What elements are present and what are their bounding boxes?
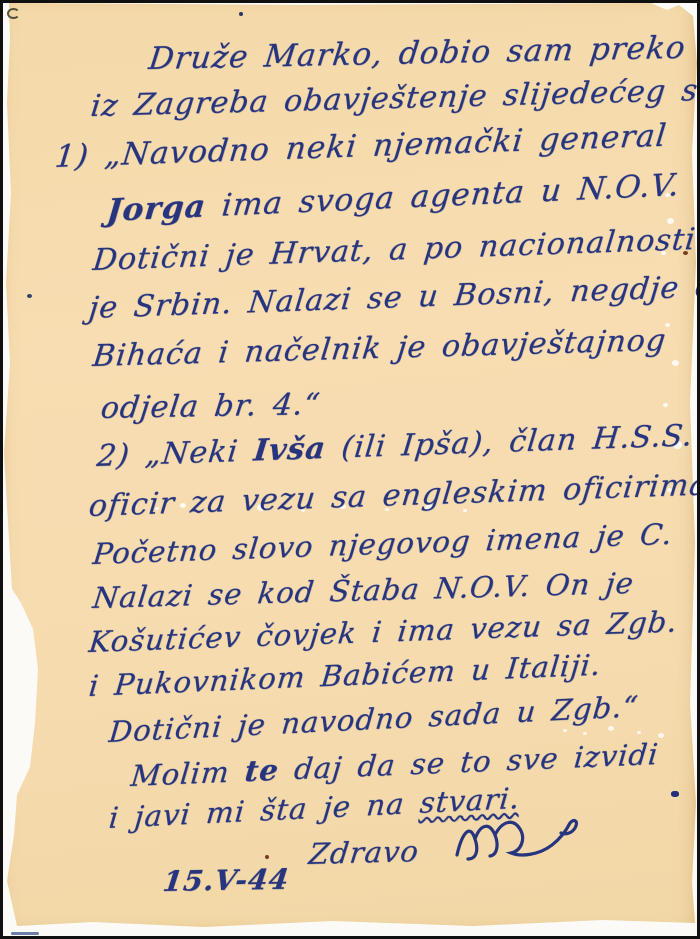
letter-date: 15.V-44 [161,863,291,898]
ink-speck [27,294,32,298]
letter-line-8: odjela br. 4.“ [99,387,322,426]
paper-blemish [7,8,20,19]
line-text: odjela br. 4.“ [99,387,322,426]
line-text: 2) „Neki [95,434,256,474]
scan-artifact [11,932,39,935]
scan-speckles [563,729,567,732]
ink-speck [671,791,679,797]
ink-speck [239,12,243,16]
line-text: Molim [129,754,246,793]
line-text-bold: Jorga [105,189,207,229]
line-text-bold: Ivša [252,431,328,468]
signature-scribble [453,813,585,867]
rust-speck [265,855,269,859]
line-text: Zdravo [307,834,421,871]
line-text: 15.V-44 [161,863,291,898]
letter-salutation: Zdravo [307,834,421,871]
line-text-bold: te [243,753,280,788]
scanned-letter-page: Druže Marko, dobio sam preko Ojde iz Zag… [0,0,700,939]
